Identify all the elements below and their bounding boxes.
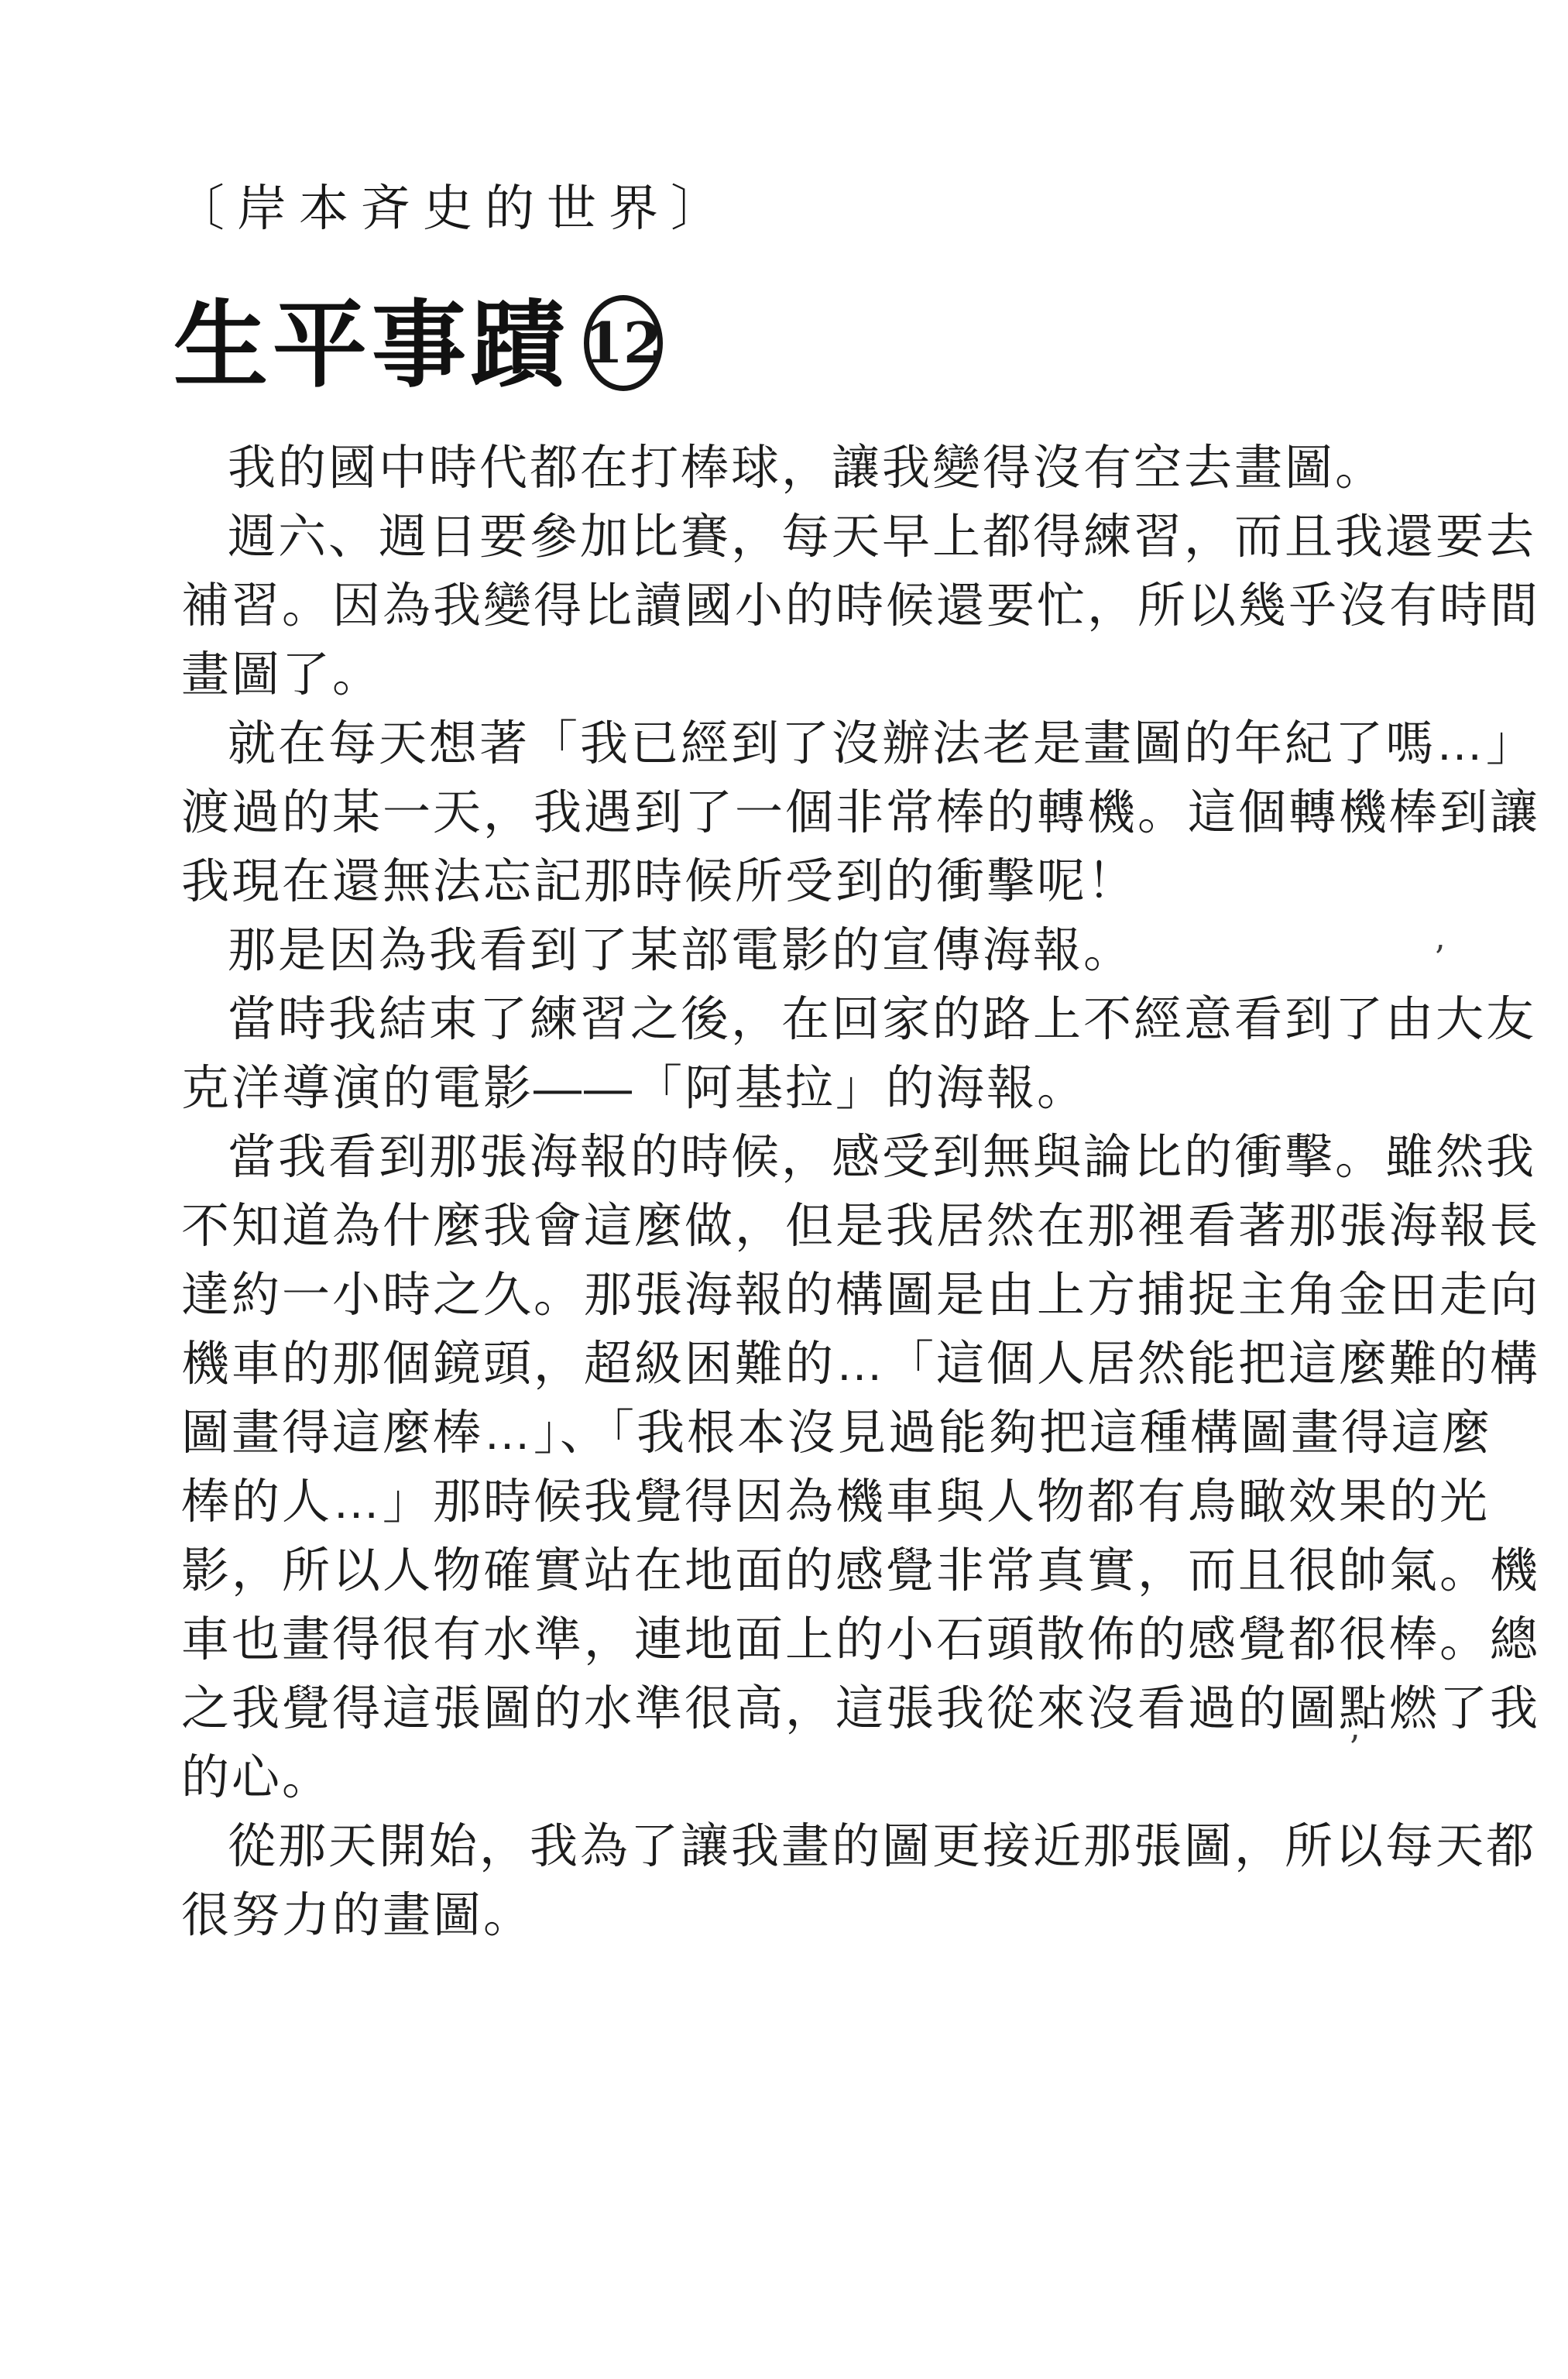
scan-artifact: ’ xyxy=(1349,1728,1360,1768)
text-line: 渡過的某一天，我遇到了一個非常棒的轉機。這個轉機棒到讓 xyxy=(181,778,1505,847)
series-label: 〔岸本斉史的世界〕 xyxy=(175,169,733,240)
text-line: 棒的人…」那時候我覺得因為機車與人物都有鳥瞰效果的光 xyxy=(181,1468,1505,1536)
scan-artifact: ’ xyxy=(1434,939,1445,978)
text-line: 之我覺得這張圖的水準很高，這張我從來沒看過的圖點燃了我 xyxy=(181,1674,1505,1743)
text-line: 機車的那個鏡頭，超級困難的…「這個人居然能把這麼難的構 xyxy=(181,1330,1505,1399)
text-line: 達約一小時之久。那張海報的構圖是由上方捕捉主角金田走向 xyxy=(181,1261,1505,1330)
text-line: 從那天開始，我為了讓我畫的圖更接近那張圖，所以每天都 xyxy=(181,1812,1505,1881)
body-text-block: 我的國中時代都在打棒球，讓我變得沒有空去畫圖。 週六、週日要參加比賽，每天早上都… xyxy=(181,434,1505,1950)
text-line: 圖畫得這麼棒…」、「我根本沒見過能夠把這種構圖畫得這麼 xyxy=(181,1399,1505,1468)
text-line: 很努力的畫圖。 xyxy=(181,1881,1505,1950)
page-title-text: 生平事蹟 xyxy=(173,269,570,405)
text-line: 當我看到那張海報的時候，感受到無與論比的衝擊。雖然我 xyxy=(181,1123,1505,1192)
text-line: 週六、週日要參加比賽，每天早上都得練習，而且我還要去 xyxy=(181,503,1505,572)
text-line: 不知道為什麼我會這麼做，但是我居然在那裡看著那張海報長 xyxy=(181,1192,1505,1261)
text-line: 克洋導演的電影——「阿基拉」的海報。 xyxy=(181,1054,1505,1123)
circled-number-badge: 12 xyxy=(584,295,663,391)
text-line: 當時我結束了練習之後，在回家的路上不經意看到了由大友 xyxy=(181,985,1505,1054)
page-title: 生平事蹟 12 xyxy=(173,269,663,405)
text-line: 車也畫得很有水準，連地面上的小石頭散佈的感覺都很棒。總 xyxy=(181,1605,1505,1674)
text-line: 影，所以人物確實站在地面的感覺非常真實，而且很帥氣。機 xyxy=(181,1536,1505,1605)
text-line: 那是因為我看到了某部電影的宣傳海報。 xyxy=(181,916,1505,985)
text-line: 的心。 xyxy=(181,1743,1505,1812)
text-line: 就在每天想著「我已經到了沒辦法老是畫圖的年紀了嗎…」 xyxy=(181,709,1505,778)
text-line: 我的國中時代都在打棒球，讓我變得沒有空去畫圖。 xyxy=(181,434,1505,503)
circled-number-text: 12 xyxy=(585,310,662,376)
text-line: 補習。因為我變得比讀國小的時候還要忙，所以幾乎沒有時間 xyxy=(181,572,1505,640)
text-line: 我現在還無法忘記那時候所受到的衝擊呢！ xyxy=(181,847,1505,916)
text-line: 畫圖了。 xyxy=(181,640,1505,709)
